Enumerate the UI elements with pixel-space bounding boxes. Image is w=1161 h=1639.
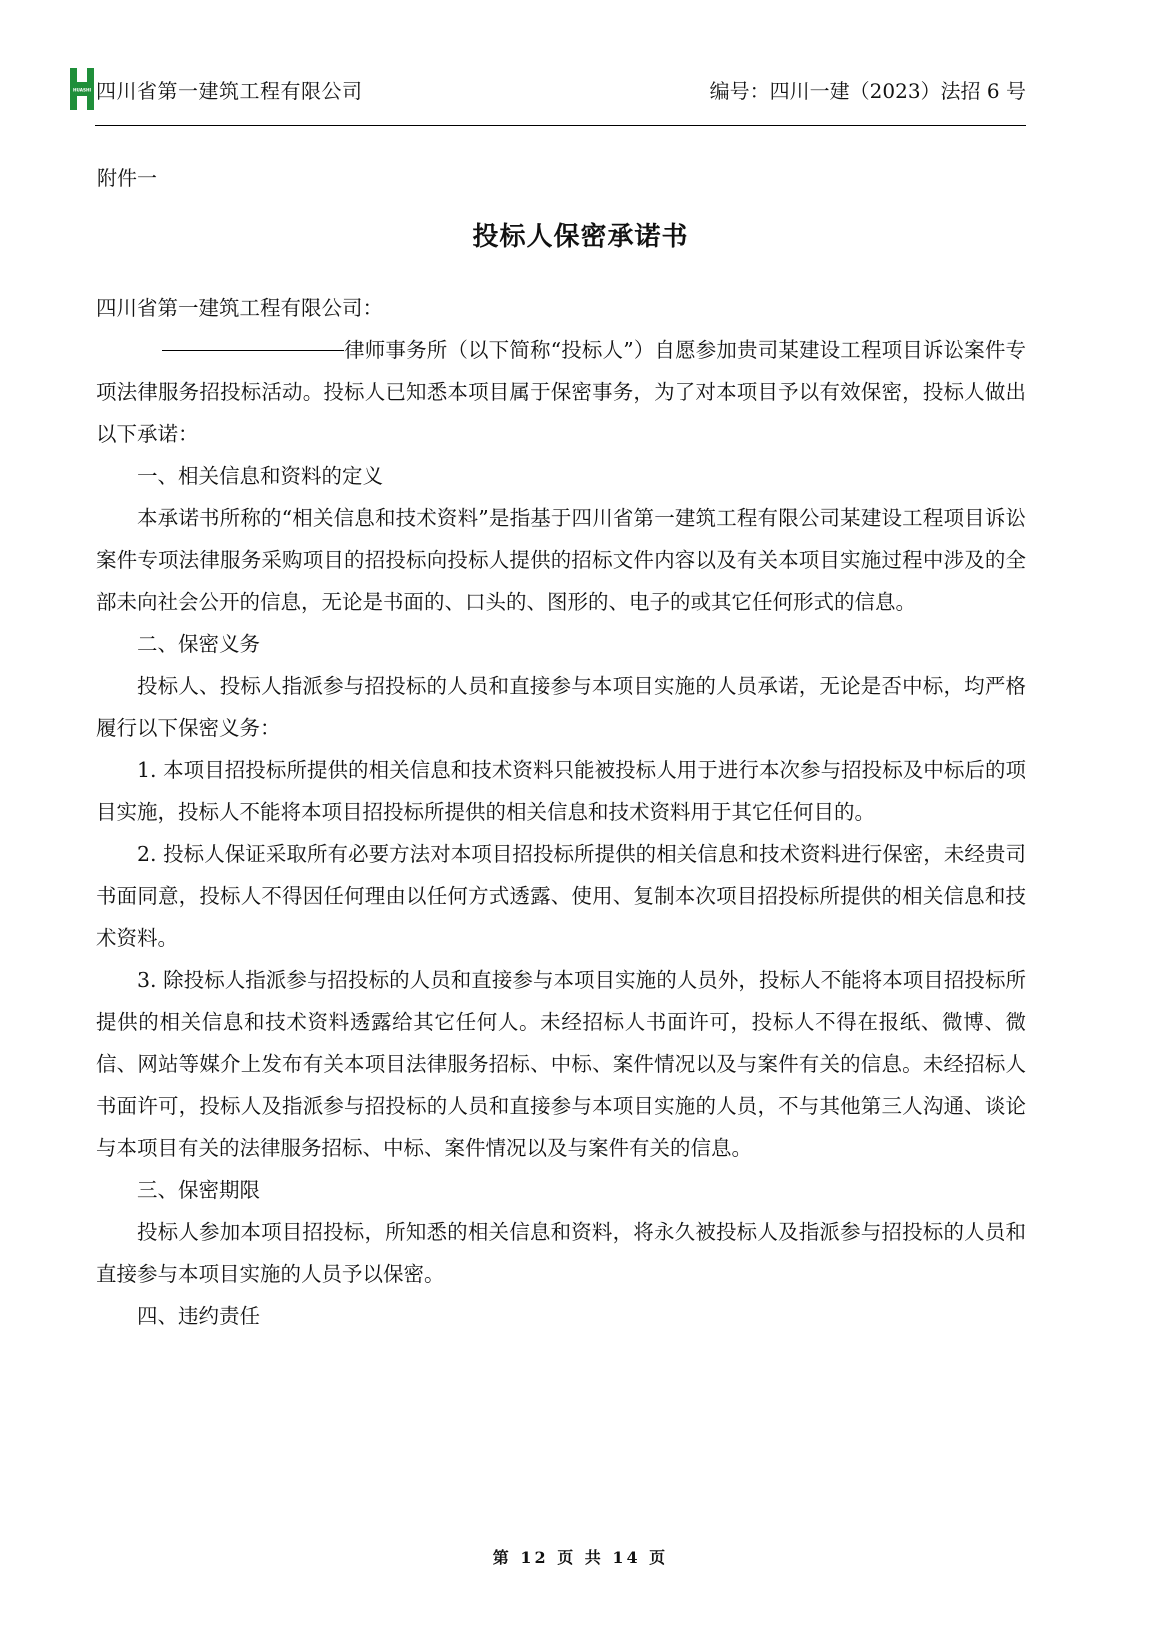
header-document-number: 编号：四川一建（2023）法招 6 号: [710, 78, 1026, 104]
section-paragraph: 2. 投标人保证采取所有必要方法对本项目招投标所提供的相关信息和技术资料进行保密…: [96, 833, 1026, 959]
header-divider: [95, 125, 1026, 126]
section-heading: 一、相关信息和资料的定义: [96, 455, 1026, 497]
law-firm-name-blank[interactable]: [162, 349, 344, 351]
attachment-label: 附件一: [97, 165, 157, 191]
section-heading: 三、保密期限: [96, 1169, 1026, 1211]
section-paragraph: 3. 除投标人指派参与招投标的人员和直接参与本项目实施的人员外，投标人不能将本项…: [96, 959, 1026, 1169]
huashi-logo-icon: HUASHI: [70, 68, 94, 110]
section-paragraph: 投标人、投标人指派参与招投标的人员和直接参与本项目实施的人员承诺，无论是否中标，…: [96, 665, 1026, 749]
document-page: HUASHI 四川省第一建筑工程有限公司 编号：四川一建（2023）法招 6 号…: [0, 0, 1161, 1639]
section-paragraph: 本承诺书所称的“相关信息和技术资料”是指基于四川省第一建筑工程有限公司某建设工程…: [96, 497, 1026, 623]
section-heading: 二、保密义务: [96, 623, 1026, 665]
section-paragraph: 投标人参加本项目招投标，所知悉的相关信息和资料，将永久被投标人及指派参与招投标的…: [96, 1211, 1026, 1295]
intro-text: 律师事务所（以下简称“投标人”）自愿参加贵司某建设工程项目诉讼案件专项法律服务招…: [96, 338, 1026, 446]
document-body: 四川省第一建筑工程有限公司： 律师事务所（以下简称“投标人”）自愿参加贵司某建设…: [96, 287, 1026, 1337]
addressee: 四川省第一建筑工程有限公司：: [96, 287, 1026, 329]
svg-text:HUASHI: HUASHI: [73, 88, 92, 93]
intro-paragraph: 律师事务所（以下简称“投标人”）自愿参加贵司某建设工程项目诉讼案件专项法律服务招…: [96, 329, 1026, 455]
section-heading: 四、违约责任: [96, 1295, 1026, 1337]
document-title: 投标人保密承诺书: [0, 220, 1161, 254]
section-paragraph: 1. 本项目招投标所提供的相关信息和技术资料只能被投标人用于进行本次参与招投标及…: [96, 749, 1026, 833]
header-company-name: 四川省第一建筑工程有限公司: [96, 78, 363, 104]
page-number: 第 12 页 共 14 页: [0, 1545, 1161, 1568]
